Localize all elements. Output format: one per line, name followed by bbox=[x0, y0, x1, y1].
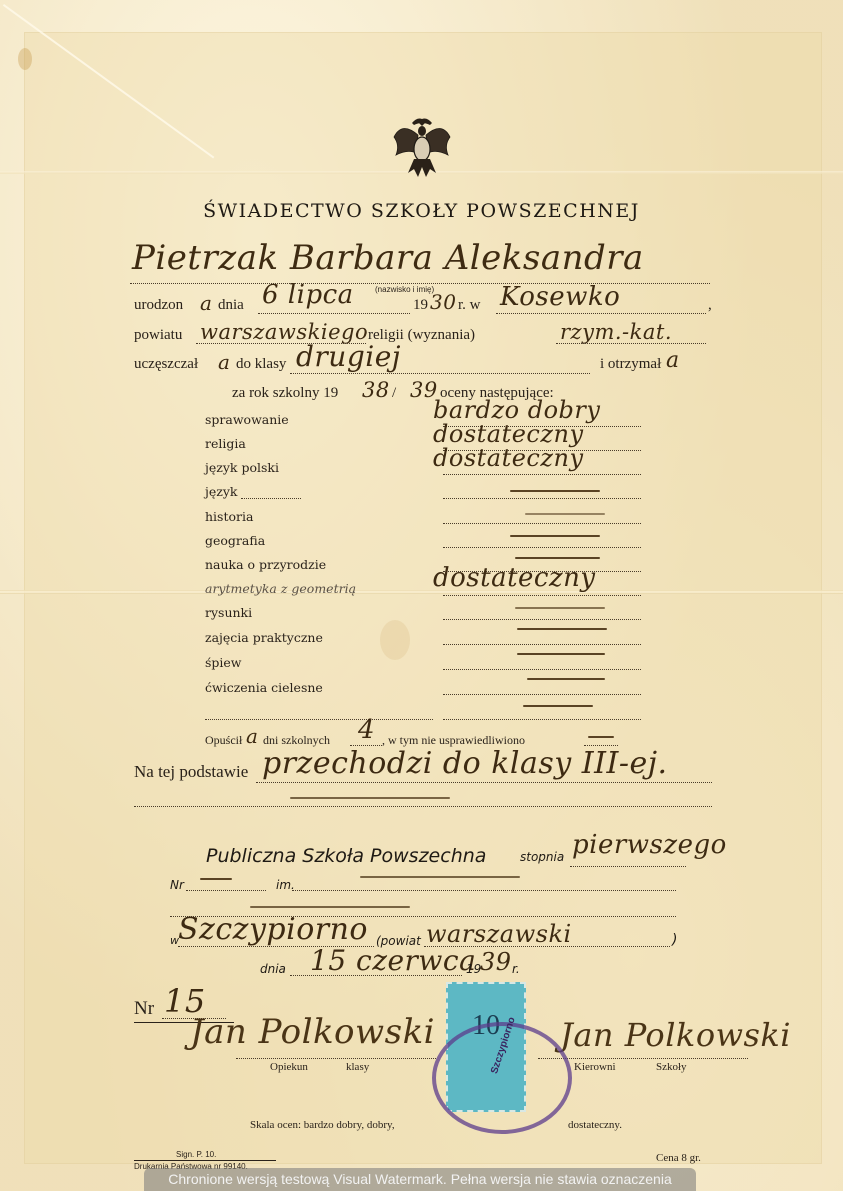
grade-value: dostateczny bbox=[433, 444, 584, 472]
head-signature: Jan Polkowski bbox=[560, 1016, 791, 1054]
absences-suffix: a bbox=[246, 724, 258, 748]
subject-label: ćwiczenia cielesne bbox=[205, 680, 323, 695]
subject-label: geografia bbox=[205, 533, 265, 548]
grade-dash bbox=[517, 653, 605, 655]
school-named-line bbox=[292, 890, 676, 891]
date-year: 39 bbox=[480, 948, 512, 976]
grade-dash bbox=[510, 535, 600, 537]
date-line bbox=[290, 975, 462, 976]
date-label: dnia bbox=[260, 962, 286, 976]
grade-line bbox=[443, 474, 641, 475]
grade-line bbox=[443, 644, 641, 645]
polish-eagle-emblem-icon bbox=[392, 115, 452, 183]
stain-mark bbox=[380, 620, 410, 660]
guardian-signature: Jan Polkowski bbox=[190, 1012, 435, 1052]
school-days-value: 4 bbox=[358, 715, 375, 745]
grade-line bbox=[443, 719, 641, 720]
grade-dash bbox=[523, 705, 593, 707]
student-name: Pietrzak Barbara Aleksandra bbox=[132, 238, 644, 278]
stain-mark bbox=[18, 48, 32, 70]
degree-line bbox=[570, 866, 686, 867]
guardian-label-left: Opiekun bbox=[270, 1061, 308, 1073]
subject-label: język bbox=[205, 484, 238, 499]
subject-label: śpiew bbox=[205, 655, 242, 670]
grade-dash bbox=[527, 678, 605, 680]
date-value: 15 czerwca bbox=[310, 944, 476, 977]
name-caption: (nazwisko i imię) bbox=[375, 285, 434, 294]
school-year-separator: / bbox=[392, 385, 396, 402]
grade-line bbox=[443, 619, 641, 620]
school-year-start: 38 bbox=[362, 378, 390, 402]
decision-line bbox=[256, 782, 712, 783]
religion-line bbox=[556, 343, 706, 344]
grade-dash bbox=[515, 607, 605, 609]
day-label: dnia bbox=[218, 297, 244, 314]
district-label: powiatu bbox=[134, 327, 182, 344]
school-named-dash bbox=[360, 876, 520, 878]
date-suffix: r. bbox=[512, 962, 520, 976]
name-line bbox=[130, 283, 710, 284]
certificate-nr-label: Nr bbox=[134, 998, 154, 1020]
price: Cena 8 gr. bbox=[656, 1152, 701, 1164]
subject-label: religia bbox=[205, 436, 246, 451]
head-label-left: Kierowni bbox=[574, 1061, 616, 1073]
attended-suffix: a bbox=[218, 350, 230, 374]
born-suffix: a bbox=[200, 291, 212, 315]
school-nr-label: Nr bbox=[170, 878, 184, 892]
grade-dash bbox=[525, 513, 605, 515]
subject-label: arytmetyka z geometrią bbox=[205, 581, 356, 596]
grading-scale-end: dostateczny. bbox=[568, 1119, 622, 1131]
grade-dash bbox=[510, 490, 600, 492]
grade-line bbox=[443, 547, 641, 548]
footer-rule bbox=[134, 1160, 276, 1161]
head-signature-line bbox=[538, 1058, 748, 1059]
head-label-right: Szkoły bbox=[656, 1061, 687, 1073]
form-signature: Sign. P. 10. bbox=[176, 1150, 216, 1159]
received-suffix: a bbox=[666, 348, 680, 373]
decision-underline bbox=[290, 797, 450, 799]
class-label: do klasy bbox=[236, 356, 286, 373]
birth-year-prefix: 19 bbox=[413, 297, 428, 314]
grade-line bbox=[443, 595, 641, 596]
school-year-label: za rok szkolny 19 bbox=[232, 385, 338, 402]
grade-value: dostateczny bbox=[433, 563, 596, 593]
subject-label: sprawowanie bbox=[205, 412, 289, 427]
decision-value: przechodzi do klasy III-ej. bbox=[262, 746, 668, 781]
date-year-prefix: 19 bbox=[466, 962, 481, 976]
school-nr-line bbox=[186, 890, 266, 891]
birthplace-label: r. w bbox=[458, 297, 481, 314]
guardian-signature-line bbox=[236, 1058, 436, 1059]
guardian-label-right: klasy bbox=[346, 1061, 369, 1073]
birth-day-line bbox=[258, 313, 410, 314]
class-value: drugiej bbox=[296, 340, 401, 373]
degree-label: stopnia bbox=[520, 850, 564, 864]
language-line bbox=[241, 498, 301, 499]
grading-scale: Skala ocen: bardzo dobry, dobry, bbox=[250, 1119, 395, 1131]
subject-label: zajęcia praktyczne bbox=[205, 630, 323, 645]
paren-close: ) bbox=[672, 932, 677, 948]
unexcused-dash bbox=[588, 736, 614, 738]
birthplace: Kosewko bbox=[500, 282, 620, 312]
degree-value: pierwszego bbox=[572, 830, 727, 860]
received-label: i otrzymał bbox=[600, 356, 661, 373]
grade-line bbox=[443, 694, 641, 695]
subject-label: rysunki bbox=[205, 605, 252, 620]
extra-subject-line bbox=[205, 719, 433, 720]
decision-line-2 bbox=[134, 806, 712, 807]
birth-year: 30 bbox=[430, 290, 456, 314]
fold-line-middle bbox=[0, 590, 843, 594]
decision-label: Na tej podstawie bbox=[134, 762, 248, 782]
subject-label: język polski bbox=[205, 460, 279, 475]
birthplace-line bbox=[496, 313, 706, 314]
school-nr-dash bbox=[200, 878, 232, 880]
birth-day: 6 lipca bbox=[262, 280, 354, 310]
born-label: urodzon bbox=[134, 297, 183, 314]
grade-line bbox=[443, 498, 641, 499]
attended-label: uczęszczał bbox=[134, 356, 198, 373]
watermark-banner: Chronione wersją testową Visual Watermar… bbox=[144, 1168, 696, 1191]
subject-label: nauka o przyrodzie bbox=[205, 557, 326, 572]
location-value: Szczypiorno bbox=[178, 912, 368, 947]
grade-line bbox=[443, 523, 641, 524]
extra-line-dash bbox=[250, 906, 410, 908]
comma: , bbox=[708, 297, 712, 314]
document-title: ŚWIADECTWO SZKOŁY POWSZECHNEJ bbox=[0, 200, 843, 222]
religion-value: rzym.-kat. bbox=[560, 320, 672, 344]
subject-label: historia bbox=[205, 509, 253, 524]
grade-dash bbox=[517, 628, 607, 630]
grade-dash bbox=[515, 557, 600, 559]
school-name: Publiczna Szkoła Powszechna bbox=[206, 845, 486, 867]
absences-label: Opuścił bbox=[205, 733, 242, 748]
class-line bbox=[290, 373, 590, 374]
grade-line bbox=[443, 669, 641, 670]
